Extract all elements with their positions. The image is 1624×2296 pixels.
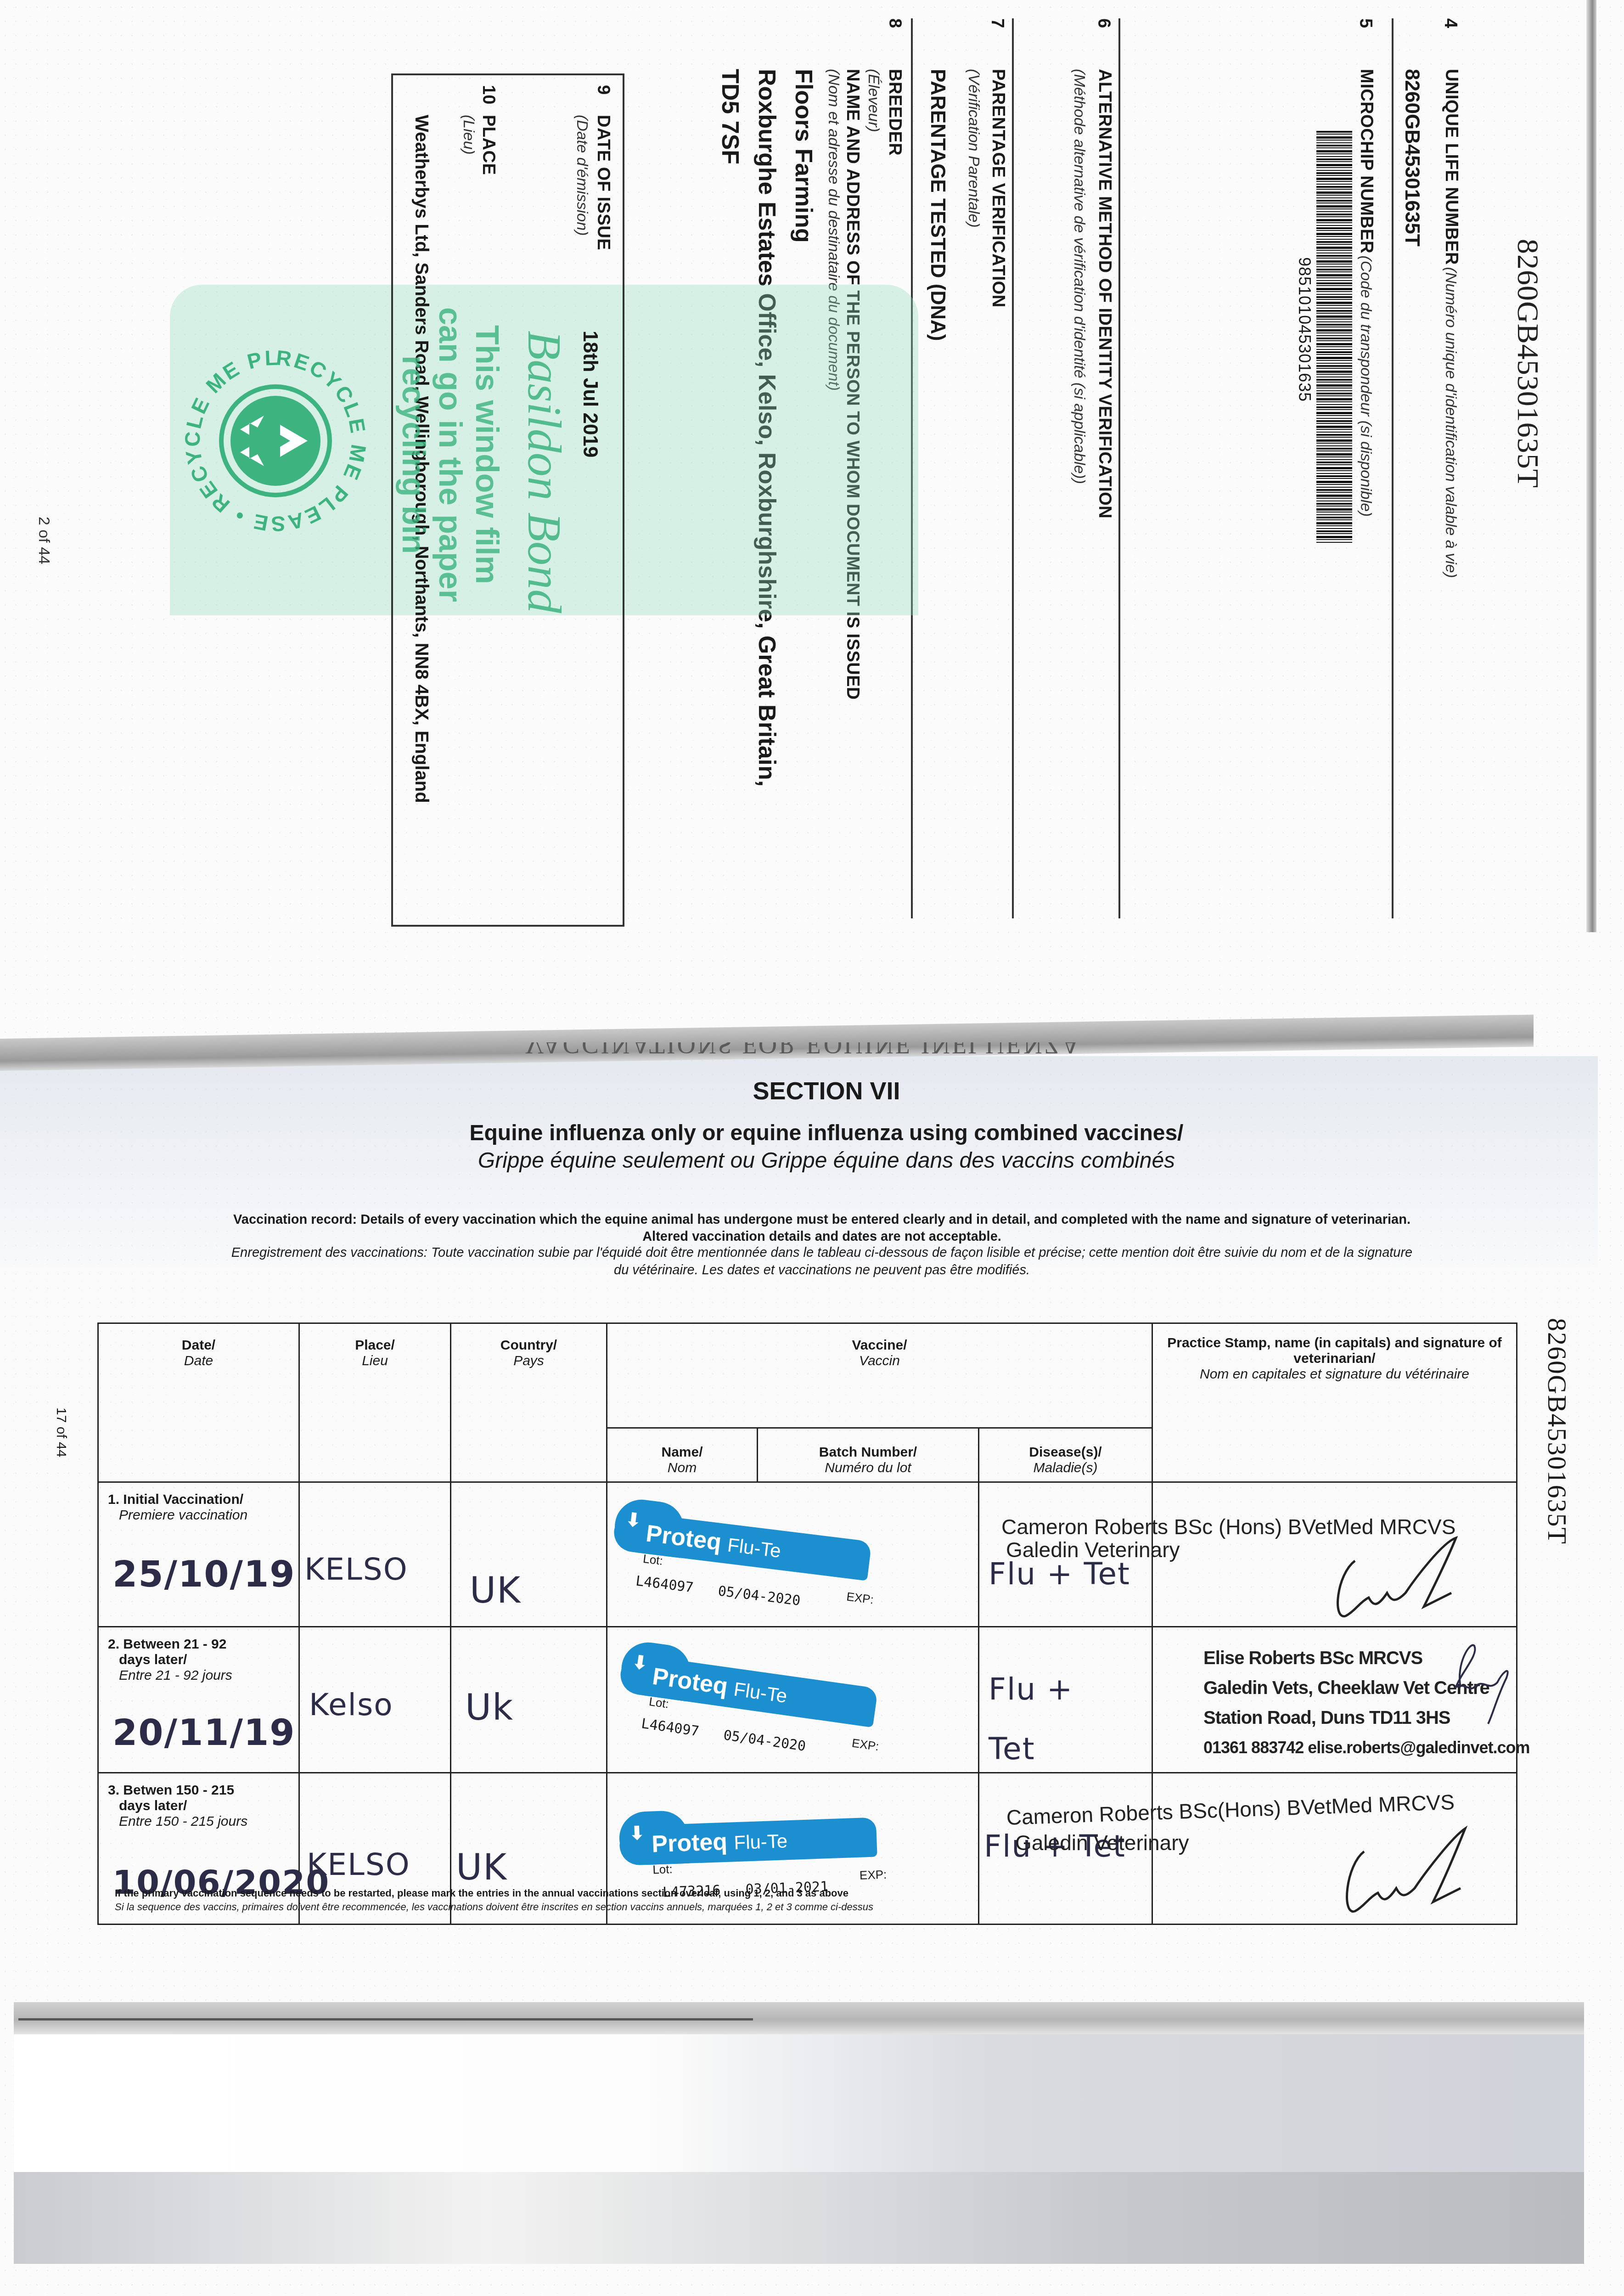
date-value: 25/10/19 [112, 1554, 296, 1595]
field-4-number: 4 [1440, 18, 1460, 28]
col-header-vet: Practice Stamp, name (in capitals) and s… [1152, 1323, 1517, 1482]
field-5-label: MICROCHIP NUMBER [1357, 69, 1376, 253]
disease-value: Flu + Tet [989, 1660, 1080, 1779]
field-7-number: 7 [987, 18, 1007, 28]
section-band-text: VACCINATIONS FOR EQUINE INFLUENZA [459, 1042, 1148, 1059]
vet-stamp-line-4: 01361 883742 elise.roberts@galedinvet.co… [1203, 1733, 1530, 1762]
arrow-down-icon: ⬇ [629, 1823, 645, 1844]
section-title: SECTION VII [551, 1077, 1102, 1105]
vet-stamp-line-3: Station Road, Duns TD11 3HS [1203, 1703, 1450, 1733]
microchip-number-value: 985101045301635 [1295, 257, 1314, 402]
arrow-down-icon: ⬇ [624, 1509, 642, 1532]
field-7-label-fr: (Vérification Parentale) [965, 69, 983, 228]
field-5-label-group: MICROCHIP NUMBER (Code du transpondeur (… [1356, 69, 1376, 517]
svg-text:100%: 100% [267, 426, 281, 456]
field-8-label-fr: (Éleveur) [865, 69, 882, 132]
col-header-batch: Batch Number/Numéro du lot [758, 1428, 979, 1482]
instructions-fr-2: du vétérinaire. Les dates et vaccination… [110, 1263, 1534, 1278]
field-4-label-fr: (Numéro unique d'identification valable … [1442, 267, 1460, 578]
vaccine-sticker: ⬇ Proteq Flu-Te Lot: EXP: L464097 05/04-… [617, 1653, 878, 1734]
instructions-fr: Enregistrement des vaccinations: Toute v… [110, 1245, 1534, 1261]
watermark-brand: Basildon Bond [517, 331, 572, 606]
vet-stamp-line-2: Galedin Veterinary [1015, 1831, 1189, 1855]
row-label: 1. Initial Vaccination/ Premiere vaccina… [98, 1482, 299, 1627]
field-4-label: UNIQUE LIFE NUMBER [1442, 69, 1461, 265]
country-value: UK [470, 1570, 521, 1611]
date-of-issue-value: 18th Jul 2019 [579, 331, 601, 457]
section-subtitle-fr: Grippe équine seulement ou Grippe équine… [321, 1148, 1332, 1173]
place-cell: Kelso [299, 1627, 451, 1773]
vet-cell: Elise Roberts BSc MRCVS Galedin Vets, Ch… [1152, 1627, 1517, 1773]
disease-cell: Flu + Tet [979, 1627, 1152, 1773]
breeder-name: Floors Farming [790, 69, 817, 242]
field-8-number: 8 [885, 18, 905, 28]
passport-page-identity: 8260GB45301635T 4 UNIQUE LIFE NUMBER (Nu… [18, 0, 1593, 937]
vet-cell: Cameron Roberts BSc (Hons) BVetMed MRCVS… [1152, 1482, 1517, 1627]
col-header-disease: Disease(s)/Maladie(s) [979, 1428, 1152, 1482]
col-header-vaccine: Vaccine/Vaccin [607, 1323, 1152, 1428]
place-value: KELSO [304, 1552, 408, 1587]
field-8-label: BREEDER [885, 69, 905, 156]
watermark-line-2: can go in the paper [433, 294, 468, 615]
vet-cell: Cameron Roberts BSc(Hons) BVetMed MRCVS … [1152, 1773, 1517, 1925]
vaccine-cell: ⬇ Proteq Flu-Te Lot: EXP: L464097 05/04-… [607, 1627, 979, 1773]
date-value: 20/11/19 [112, 1712, 296, 1754]
row-label: 2. Between 21 - 92 days later/ Entre 21 … [98, 1627, 299, 1773]
field-7-label: PARENTAGE VERIFICATION [988, 69, 1008, 308]
col-header-country: Country/Pays [451, 1323, 607, 1482]
batch-number: L464097 05/04-2020 [635, 1573, 801, 1609]
scanner-line [18, 2018, 753, 2020]
side-life-number: 8260GB45301635T [1542, 1318, 1573, 1545]
footnote-fr: Si la sequence des vaccins, primaires do… [115, 1901, 873, 1913]
vet-stamp-line-1: Elise Roberts BSc MRCVS [1203, 1643, 1422, 1673]
field-10-label: PLACE [478, 115, 498, 175]
arrow-down-icon: ⬇ [631, 1651, 649, 1674]
vaccine-cell: ⬇ Proteq Flu-Te Lot: EXP: L464097 05/04-… [607, 1482, 979, 1627]
vaccination-table: Date/Date Place/Lieu Country/Pays Vaccin… [97, 1322, 1517, 1925]
vet-signature [1327, 1533, 1502, 1625]
field-10-number: 10 [478, 85, 498, 104]
field-6-label-fr: (Méthode alternative de vérification d'i… [1070, 69, 1088, 484]
batch-number: L464097 05/04-2020 [640, 1716, 807, 1755]
microchip-barcode [1316, 131, 1352, 544]
field-6-label: ALTERNATIVE METHOD OF IDENTITY VERIFICAT… [1095, 69, 1114, 518]
country-cell: UK [451, 1482, 607, 1627]
divider [1392, 18, 1394, 918]
page-number-bottom: 17 of 44 [53, 1407, 69, 1457]
vet-stamp-line-2: Galedin Veterinary [1006, 1538, 1180, 1562]
instructions-en-warning: Altered vaccination details and dates ar… [110, 1229, 1534, 1244]
place-value: Kelso [309, 1687, 393, 1722]
watermark-line-1: This window film [469, 294, 505, 615]
scanner-shadow [14, 2034, 1584, 2172]
section-subtitle-en: Equine influenza only or equine influenz… [321, 1120, 1332, 1146]
parentage-value: PARENTAGE TESTED (DNA) [926, 69, 949, 341]
field-4-label-group: UNIQUE LIFE NUMBER (Numéro unique d'iden… [1441, 69, 1461, 578]
country-cell: Uk [451, 1627, 607, 1773]
instructions-en: Vaccination record: Details of every vac… [110, 1212, 1534, 1227]
vet-signature [1442, 1637, 1516, 1728]
table-row: 2. Between 21 - 92 days later/ Entre 21 … [98, 1627, 1517, 1773]
header-life-number: 8260GB45301635T [1510, 239, 1545, 488]
col-header-date: Date/Date [98, 1323, 299, 1482]
field-9-number: 9 [593, 85, 613, 95]
divider [1118, 18, 1120, 918]
unique-life-number-value: 8260GB45301635T [1400, 69, 1423, 247]
field-6-number: 6 [1094, 18, 1113, 28]
recycle-icon: RECYCLE ME PLEASE • RECYCLE ME PLEASE • … [179, 344, 372, 537]
field-9-label: DATE OF ISSUE [593, 115, 613, 250]
field-10-label-fr: (Lieu) [460, 115, 478, 155]
field-5-number: 5 [1355, 18, 1375, 28]
place-value: KELSO [307, 1847, 410, 1882]
table-row: 1. Initial Vaccination/ Premiere vaccina… [98, 1482, 1517, 1627]
divider [1012, 18, 1014, 918]
field-5-label-fr: (Code du transpondeur (si disponible) [1357, 256, 1375, 517]
field-9-label-fr: (Date d'émission) [573, 115, 591, 236]
watermark-line-3: recycling bin [396, 294, 432, 615]
vaccine-sticker: ⬇ Proteq Flu-Te Lot: EXP: L464097 05/04-… [611, 1510, 872, 1587]
col-header-name: Name/Nom [607, 1428, 758, 1482]
page-number: 2 of 44 [35, 517, 53, 564]
place-cell: KELSO [299, 1482, 451, 1627]
vet-signature [1337, 1824, 1511, 1920]
country-value: UK [456, 1847, 507, 1888]
breeder-postcode: TD5 7SF [716, 69, 744, 164]
vaccine-sticker: ⬇ Proteq Flu-Te Lot: EXP: L473216 03/01-… [619, 1817, 877, 1872]
scanner-shadow [14, 2172, 1584, 2264]
country-value: Uk [465, 1687, 514, 1728]
col-header-place: Place/Lieu [299, 1323, 451, 1482]
